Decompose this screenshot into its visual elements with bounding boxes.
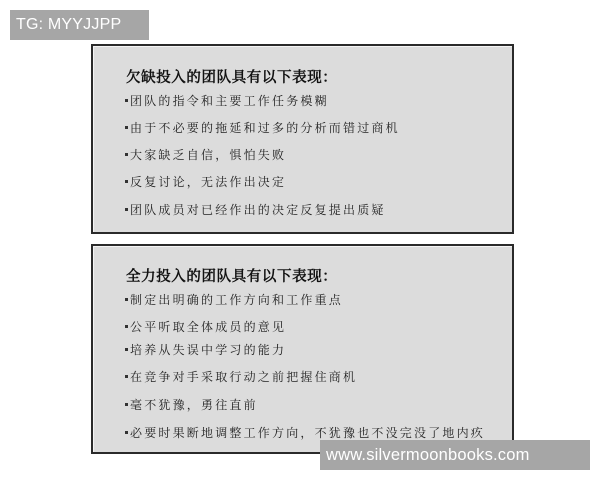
watermark-tg-label: TG: MYYJJPP [10, 10, 149, 40]
list-item: 大家缺乏自信，惧怕失败 [125, 146, 286, 163]
bullet-icon [125, 153, 128, 156]
panel-title: 欠缺投入的团队具有以下表现： [126, 66, 337, 87]
list-item-text: 反复讨论，无法作出决定 [130, 175, 286, 189]
list-item: 毫不犹豫，勇往直前 [125, 396, 258, 413]
list-item-text: 在竞争对手采取行动之前把握住商机 [130, 370, 357, 384]
bullet-icon [125, 126, 128, 129]
list-item-text: 毫不犹豫，勇往直前 [130, 398, 258, 412]
list-item-text: 培养从失误中学习的能力 [130, 343, 286, 357]
list-item: 在竞争对手采取行动之前把握住商机 [125, 368, 357, 385]
list-item: 培养从失误中学习的能力 [125, 341, 286, 358]
bullet-icon [125, 325, 128, 328]
list-item: 制定出明确的工作方向和工作重点 [125, 291, 343, 308]
bullet-icon [125, 208, 128, 211]
bullet-icon [125, 180, 128, 183]
panel-lacking-commitment: 欠缺投入的团队具有以下表现： 团队的指令和主要工作任务模糊 由于不必要的拖延和过… [91, 44, 514, 234]
list-item: 公平听取全体成员的意见 [125, 318, 286, 335]
bullet-icon [125, 403, 128, 406]
bullet-icon [125, 375, 128, 378]
list-item-text: 大家缺乏自信，惧怕失败 [130, 148, 286, 162]
bullet-icon [125, 99, 128, 102]
panel-title: 全力投入的团队具有以下表现： [126, 265, 337, 286]
list-item-text: 由于不必要的拖延和过多的分析而错过商机 [130, 121, 400, 135]
list-item-text: 团队成员对已经作出的决定反复提出质疑 [130, 203, 386, 217]
list-item: 团队的指令和主要工作任务模糊 [125, 92, 329, 109]
bullet-icon [125, 431, 128, 434]
list-item-text: 公平听取全体成员的意见 [130, 320, 286, 334]
list-item: 必要时果断地调整工作方向，不犹豫也不没完没了地内疚 [125, 424, 485, 441]
bullet-icon [125, 348, 128, 351]
watermark-site-label: www.silvermoonbooks.com [320, 440, 590, 470]
list-item: 由于不必要的拖延和过多的分析而错过商机 [125, 119, 400, 136]
list-item: 团队成员对已经作出的决定反复提出质疑 [125, 201, 386, 218]
bullet-icon [125, 298, 128, 301]
list-item-text: 团队的指令和主要工作任务模糊 [130, 94, 329, 108]
list-item-text: 制定出明确的工作方向和工作重点 [130, 293, 343, 307]
panel-full-commitment: 全力投入的团队具有以下表现： 制定出明确的工作方向和工作重点 公平听取全体成员的… [91, 244, 514, 454]
list-item: 反复讨论，无法作出决定 [125, 173, 286, 190]
list-item-text: 必要时果断地调整工作方向，不犹豫也不没完没了地内疚 [130, 426, 485, 440]
